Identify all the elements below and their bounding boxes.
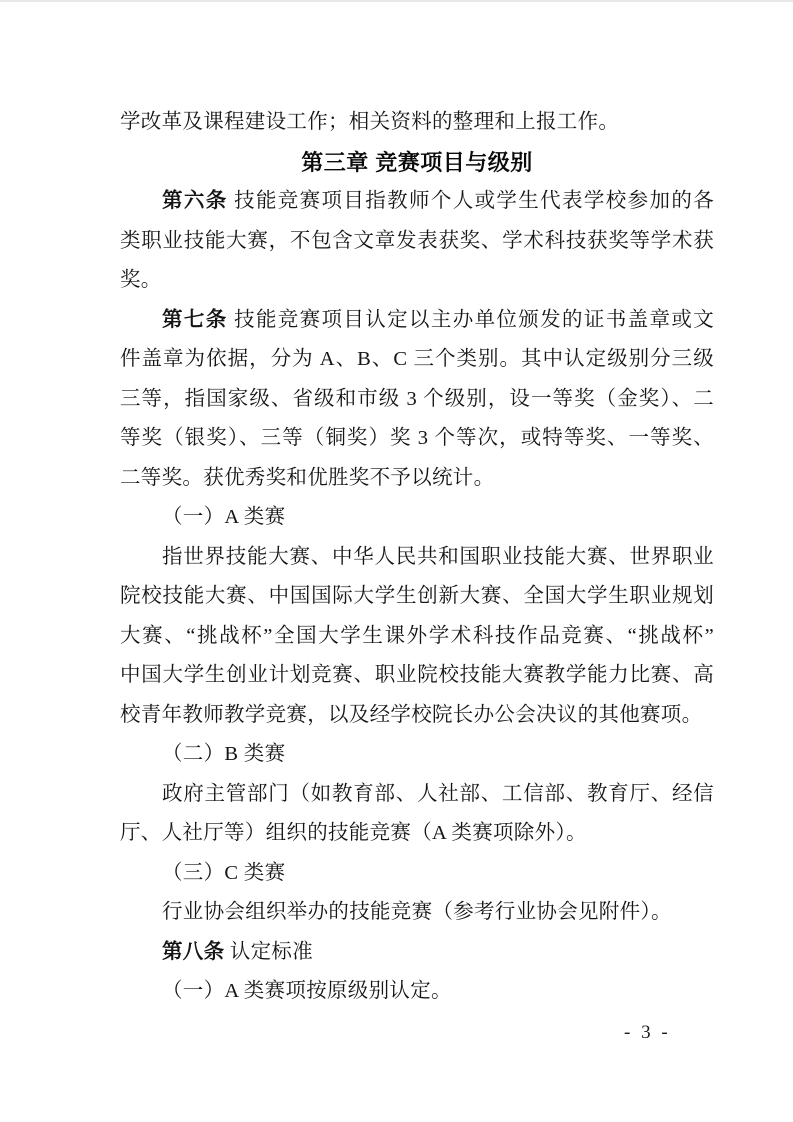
text-line: 中国大学生创业计划竞赛、职业院校技能大赛教学能力比赛、高 [120,656,714,696]
article-number: 第八条 [162,941,224,963]
text-line: 三等，指国家级、省级和市级 3 个级别，设一等奖（金奖）、二 [120,380,714,420]
line-text: 技能竞赛项目指教师个人或学生代表学校参加的各 [228,190,714,212]
document-page: 学改革及课程建设工作；相关资料的整理和上报工作。第三章 竞赛项目与级别第六条 技… [0,0,793,1122]
text-line: （一）A 类赛 [120,498,714,538]
text-line: 奖。 [120,261,714,301]
document-body: 学改革及课程建设工作；相关资料的整理和上报工作。第三章 竞赛项目与级别第六条 技… [120,103,714,1012]
text-line: 第六条 技能竞赛项目指教师个人或学生代表学校参加的各 [120,182,714,222]
text-line: 等奖（银奖）、三等（铜奖）奖 3 个等次，或特等奖、一等奖、 [120,419,714,459]
text-line: 行业协会组织举办的技能竞赛（参考行业协会见附件）。 [120,893,714,933]
scan-edge-artifact [0,0,793,2]
text-line: 校青年教师教学竞赛，以及经学校院长办公会决议的其他赛项。 [120,696,714,736]
article-number: 第七条 [162,309,228,331]
page-number: - 3 - [624,1022,671,1044]
text-line: 院校技能大赛、中国国际大学生创新大赛、全国大学生职业规划 [120,577,714,617]
text-line: （一）A 类赛项按原级别认定。 [120,972,714,1012]
text-line: 第八条 认定标准 [120,933,714,973]
chapter-heading: 第三章 竞赛项目与级别 [120,143,714,183]
text-line: 政府主管部门（如教育部、人社部、工信部、教育厅、经信 [120,775,714,815]
text-line: 厅、人社厅等）组织的技能竞赛（A 类赛项除外）。 [120,814,714,854]
text-line: 二等奖。获优秀奖和优胜奖不予以统计。 [120,459,714,499]
line-text: 认定标准 [224,941,313,963]
text-line: （二）B 类赛 [120,735,714,775]
text-line: 类职业技能大赛，不包含文章发表获奖、学术科技获奖等学术获 [120,222,714,262]
text-line: 件盖章为依据，分为 A、B、C 三个类别。其中认定级别分三级 [120,340,714,380]
text-line: 第七条 技能竞赛项目认定以主办单位颁发的证书盖章或文 [120,301,714,341]
text-line: 学改革及课程建设工作；相关资料的整理和上报工作。 [120,103,714,143]
line-text: 技能竞赛项目认定以主办单位颁发的证书盖章或文 [228,309,714,331]
text-line: （三）C 类赛 [120,854,714,894]
text-line: 指世界技能大赛、中华人民共和国职业技能大赛、世界职业 [120,538,714,578]
text-line: 大赛、“挑战杯”全国大学生课外学术科技作品竞赛、“挑战杯” [120,617,714,657]
article-number: 第六条 [162,190,228,212]
